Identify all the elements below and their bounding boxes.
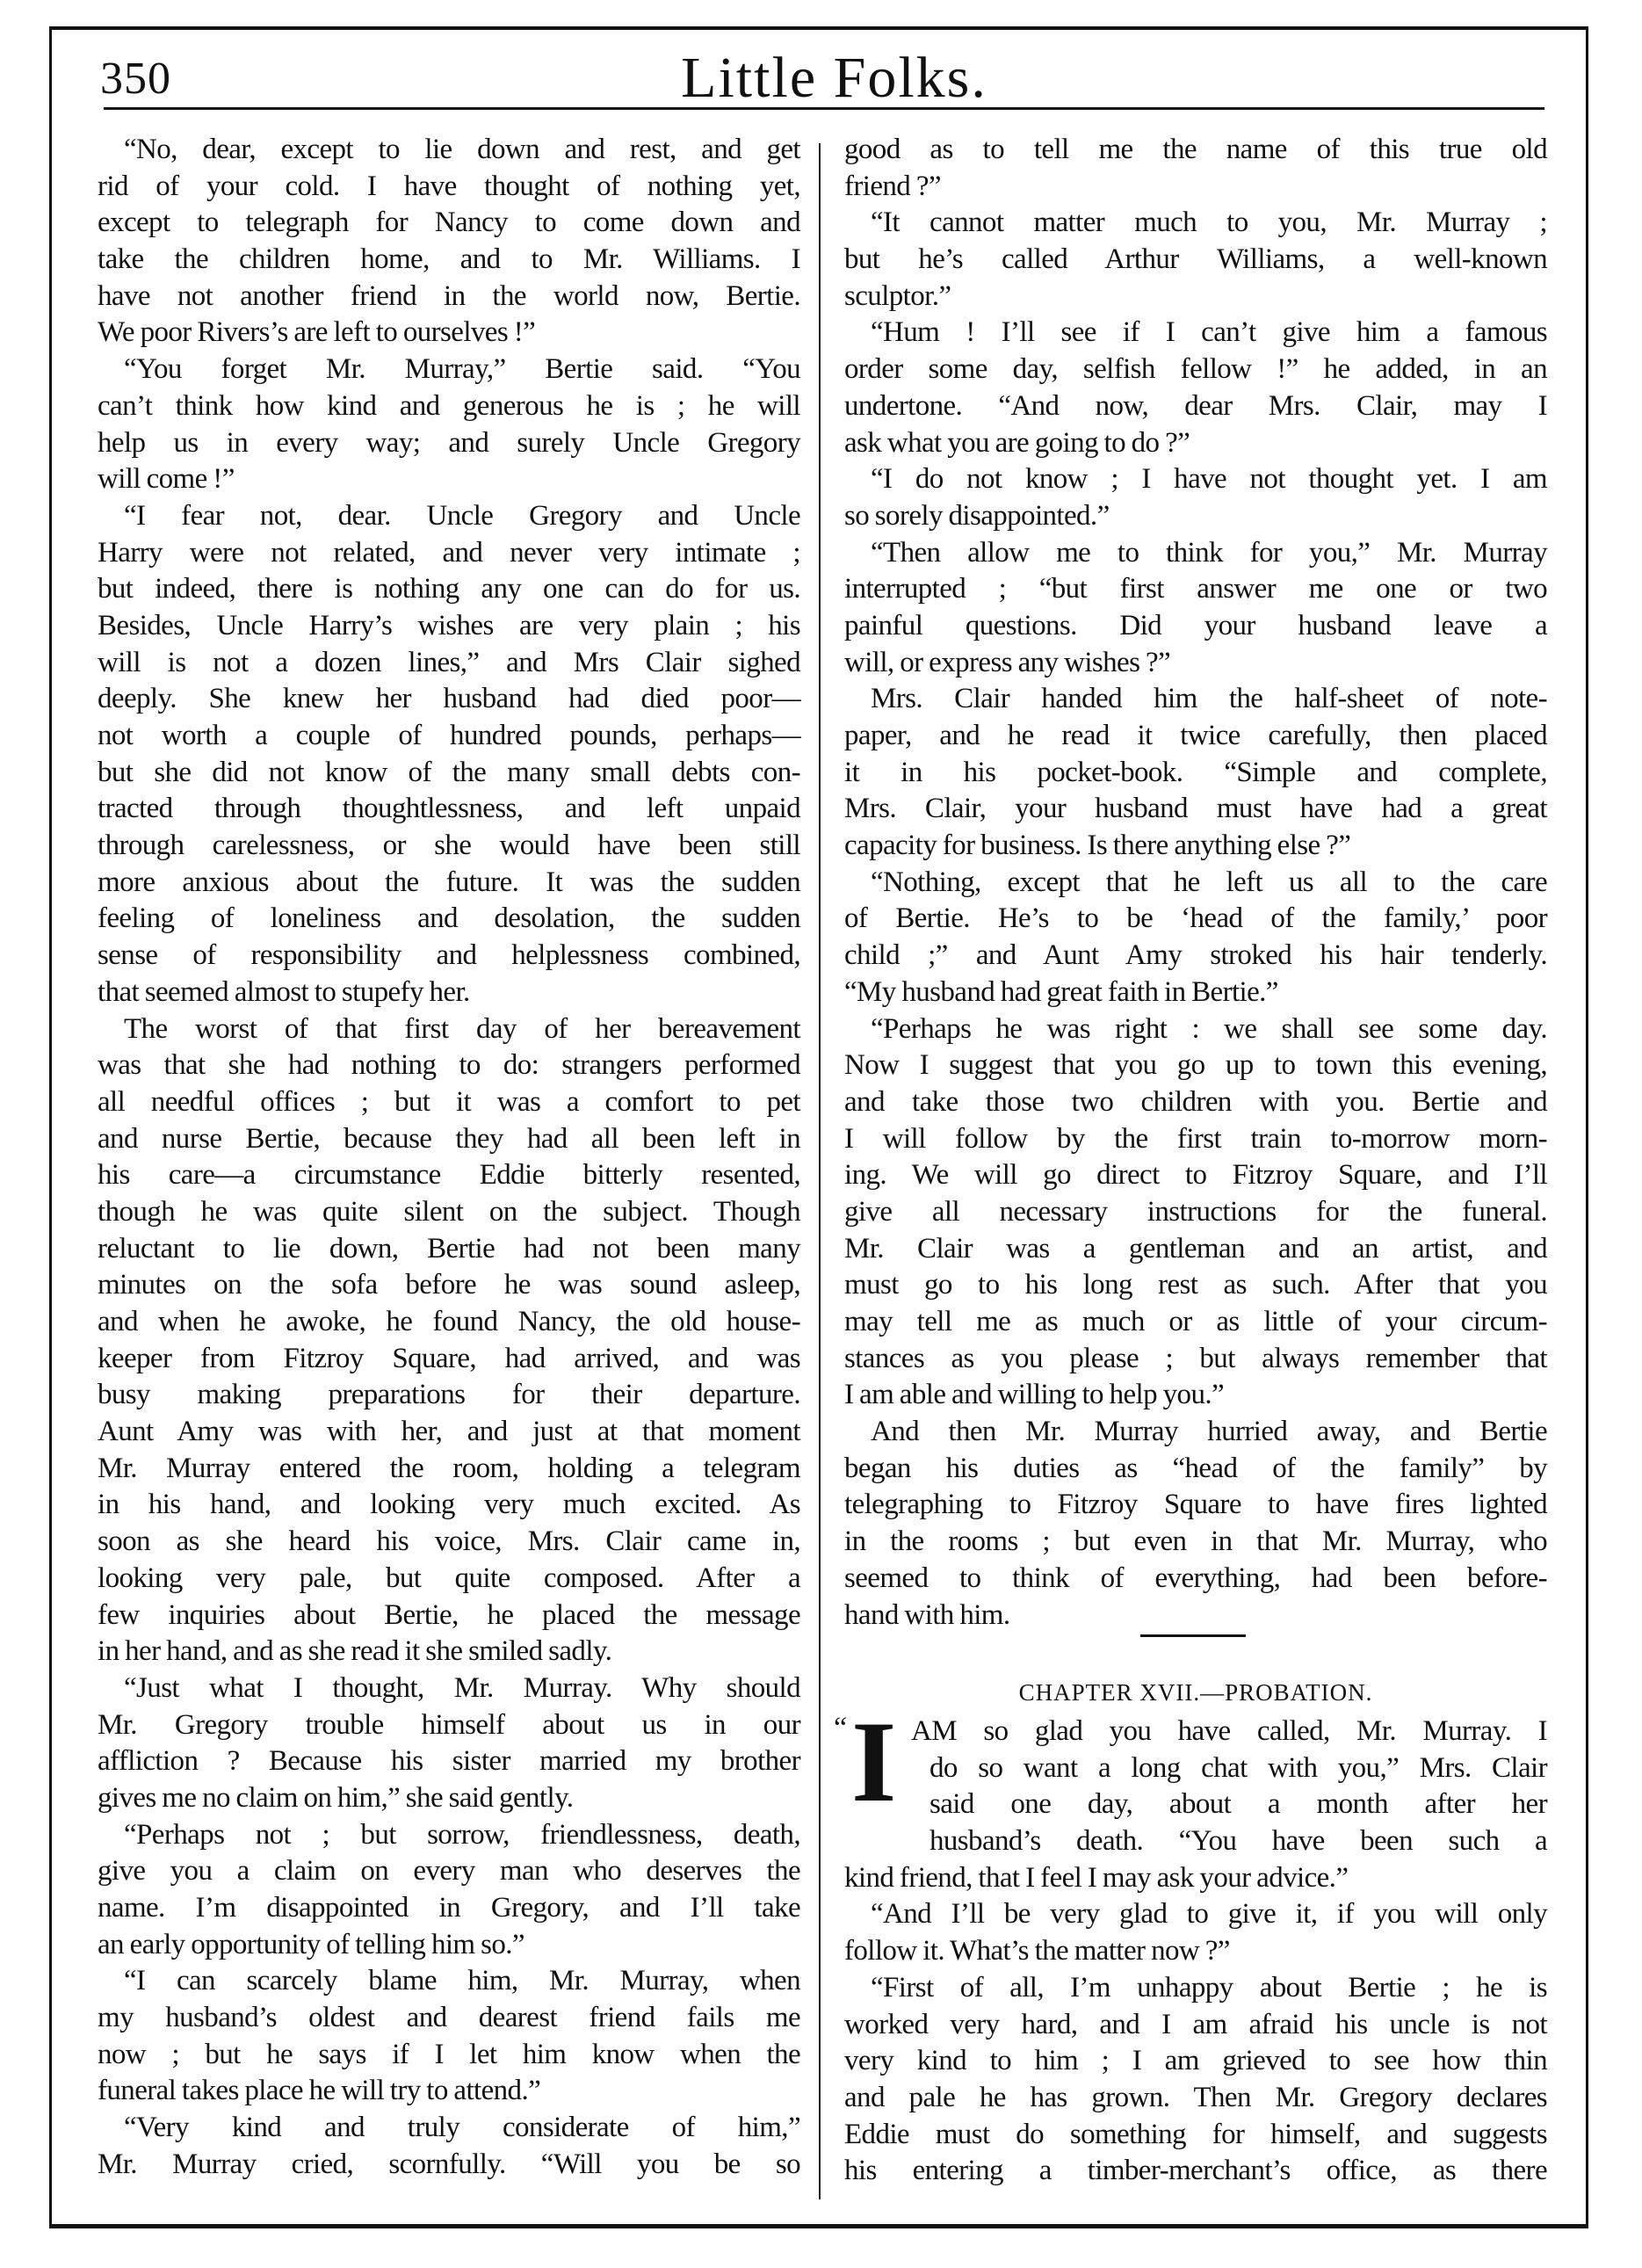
text-line: The worst of that first day of her berea… (98, 1011, 800, 1048)
text-line: ing. We will go direct to Fitzroy Square… (844, 1157, 1547, 1194)
text-line: Now I suggest that you go up to town thi… (844, 1047, 1547, 1084)
text-line: but he’s called Arthur Williams, a well-… (844, 242, 1547, 279)
text-line: order some day, selfish fellow !” he add… (844, 351, 1547, 388)
text-line: And then Mr. Murray hurried away, and Be… (844, 1414, 1547, 1451)
text-line: “I fear not, dear. Uncle Gregory and Unc… (98, 498, 800, 535)
text-line: I will follow by the first train to-morr… (844, 1121, 1547, 1158)
text-line: help us in every way; and surely Uncle G… (98, 425, 800, 462)
text-line: “It cannot matter much to you, Mr. Murra… (844, 205, 1547, 242)
text-line: gives me no claim on him,” she said gent… (98, 1780, 800, 1817)
text-line: will, or express any wishes ?” (844, 645, 1547, 682)
header-rule (104, 107, 1544, 110)
section-separator-rule (1140, 1634, 1246, 1637)
text-line: undertone. “And now, dear Mrs. Clair, ma… (844, 388, 1547, 425)
text-line: will come !” (98, 461, 800, 498)
text-line: and when he awoke, he found Nancy, the o… (98, 1304, 800, 1341)
text-line: “Perhaps not ; but sorrow, friendlessnes… (98, 1817, 800, 1854)
text-line: more anxious about the future. It was th… (98, 865, 800, 902)
drop-cap-letter: I (851, 1714, 896, 1810)
text-line: except to telegraph for Nancy to come do… (98, 205, 800, 242)
text-line: sense of responsibility and helplessness… (98, 938, 800, 975)
text-line: reluctant to lie down, Bertie had not be… (98, 1231, 800, 1268)
text-line: “You forget Mr. Murray,” Bertie said. “Y… (98, 351, 800, 388)
text-line: follow it. What’s the matter now ?” (844, 1933, 1547, 1970)
text-line: take the children home, and to Mr. Willi… (98, 242, 800, 279)
text-line: worked very hard, and I am afraid his un… (844, 2007, 1547, 2044)
text-line: busy making preparations for their depar… (98, 1377, 800, 1414)
text-line: Aunt Amy was with her, and just at that … (98, 1414, 800, 1451)
text-line: name. I’m disappointed in Gregory, and I… (98, 1890, 800, 1927)
text-line: “My husband had great faith in Bertie.” (844, 975, 1547, 1011)
text-line: Besides, Uncle Harry’s wishes are very p… (98, 608, 800, 645)
text-line: “First of all, I’m unhappy about Bertie … (844, 1970, 1547, 2007)
text-line: give you a claim on every man who deserv… (98, 1853, 800, 1890)
text-line: can’t think how kind and generous he is … (98, 388, 800, 425)
text-line: now ; but he says if I let him know when… (98, 2037, 800, 2074)
text-line: Mr. Gregory trouble himself about us in … (98, 1707, 800, 1744)
text-line: but she did not know of the many small d… (98, 755, 800, 792)
text-line: my husband’s oldest and dearest friend f… (98, 2000, 800, 2037)
text-line: “I can scarcely blame him, Mr. Murray, w… (98, 1963, 800, 2000)
text-line: “And I’ll be very glad to give it, if yo… (844, 1896, 1547, 1933)
text-line: kind friend, that I feel I may ask your … (844, 1860, 1547, 1897)
text-line: his entering a timber-merchant’s office,… (844, 2153, 1547, 2190)
text-line: may tell me as much or as little of your… (844, 1304, 1547, 1341)
text-line: said one day, about a month after her (844, 1786, 1547, 1823)
text-line: Mrs. Clair handed him the half-sheet of … (844, 681, 1547, 718)
text-line: so sorely disappointed.” (844, 498, 1547, 535)
text-line: have not another friend in the world now… (98, 279, 800, 315)
text-line: Mr. Murray entered the room, holding a t… (98, 1451, 800, 1488)
text-line: friend ?” (844, 169, 1547, 206)
text-line: his care—a circumstance Eddie bitterly r… (98, 1157, 800, 1194)
text-line: must go to his long rest as such. After … (844, 1267, 1547, 1304)
text-line: child ;” and Aunt Amy stroked his hair t… (844, 938, 1547, 975)
text-line: funeral takes place he will try to atten… (98, 2073, 800, 2110)
text-line: not worth a couple of hundred pounds, pe… (98, 718, 800, 755)
text-line: affliction ? Because his sister married … (98, 1743, 800, 1780)
text-line: deeply. She knew her husband had died po… (98, 681, 800, 718)
text-line: and take those two children with you. Be… (844, 1084, 1547, 1121)
text-line: “I do not know ; I have not thought yet.… (844, 461, 1547, 498)
text-line: paper, and he read it twice carefully, t… (844, 718, 1547, 755)
text-line: “Just what I thought, Mr. Murray. Why sh… (98, 1670, 800, 1707)
drop-cap-quote: “ (834, 1714, 847, 1743)
text-line: good as to tell me the name of this true… (844, 132, 1547, 169)
text-line: “Perhaps he was right : we shall see som… (844, 1011, 1547, 1048)
text-line: soon as she heard his voice, Mrs. Clair … (98, 1524, 800, 1561)
text-line: tracted through thoughtlessness, and lef… (98, 791, 800, 828)
text-line: all needful offices ; but it was a comfo… (98, 1084, 800, 1121)
text-line: though he was quite silent on the subjec… (98, 1194, 800, 1231)
right-column: good as to tell me the name of this true… (844, 132, 1547, 1634)
text-line: Eddie must do something for himself, and… (844, 2117, 1547, 2154)
text-line: through carelessness, or she would have … (98, 828, 800, 865)
text-line: sculptor.” (844, 279, 1547, 315)
text-line: keeper from Fitzroy Square, had arrived,… (98, 1341, 800, 1378)
text-line: and nurse Bertie, because they had all b… (98, 1121, 800, 1158)
text-line: minutes on the sofa before he was sound … (98, 1267, 800, 1304)
text-line: feeling of loneliness and desolation, th… (98, 901, 800, 938)
text-line: began his duties as “head of the family”… (844, 1451, 1547, 1488)
text-line: it in his pocket-book. “Simple and compl… (844, 755, 1547, 792)
text-line: “Very kind and truly considerate of him,… (98, 2110, 800, 2147)
chapter-opening: “ I AM so glad you have called, Mr. Murr… (844, 1714, 1547, 2190)
text-line: We poor Rivers’s are left to ourselves !… (98, 315, 800, 351)
text-line: I am able and willing to help you.” (844, 1377, 1547, 1414)
text-line: give all necessary instructions for the … (844, 1194, 1547, 1231)
text-line: interrupted ; “but first answer me one o… (844, 571, 1547, 608)
text-line: do so want a long chat with you,” Mrs. C… (844, 1750, 1547, 1787)
text-line: in the rooms ; but even in that Mr. Murr… (844, 1524, 1547, 1561)
text-line: will is not a dozen lines,” and Mrs Clai… (98, 645, 800, 682)
text-line: Mr. Murray cried, scornfully. “Will you … (98, 2147, 800, 2184)
running-title: Little Folks. (0, 47, 1642, 109)
text-line: “Nothing, except that he left us all to … (844, 865, 1547, 902)
text-line: in his hand, and looking very much excit… (98, 1487, 800, 1524)
chapter-heading: CHAPTER XVII.—PROBATION. (844, 1677, 1547, 1708)
text-line: ask what you are going to do ?” (844, 425, 1547, 462)
text-line: Mrs. Clair, your husband must have had a… (844, 791, 1547, 828)
text-line: very kind to him ; I am grieved to see h… (844, 2043, 1547, 2080)
text-line: “No, dear, except to lie down and rest, … (98, 132, 800, 169)
text-line: of Bertie. He’s to be ‘head of the famil… (844, 901, 1547, 938)
text-line: in her hand, and as she read it she smil… (98, 1634, 800, 1670)
text-line: was that she had nothing to do: stranger… (98, 1047, 800, 1084)
left-column: “No, dear, except to lie down and rest, … (98, 132, 800, 2184)
text-line: “Then allow me to think for you,” Mr. Mu… (844, 535, 1547, 572)
text-line: AM so glad you have called, Mr. Murray. … (844, 1714, 1547, 1750)
text-line: hand with him. (844, 1598, 1547, 1634)
text-line: and pale he has grown. Then Mr. Gregory … (844, 2080, 1547, 2117)
text-line: “Hum ! I’ll see if I can’t give him a fa… (844, 315, 1547, 351)
text-line: painful questions. Did your husband leav… (844, 608, 1547, 645)
text-line: that seemed almost to stupefy her. (98, 975, 800, 1011)
column-divider (819, 143, 821, 2199)
text-line: stances as you please ; but always remem… (844, 1341, 1547, 1378)
text-line: Harry were not related, and never very i… (98, 535, 800, 572)
text-line: capacity for business. Is there anything… (844, 828, 1547, 865)
text-line: Mr. Clair was a gentleman and an artist,… (844, 1231, 1547, 1268)
text-line: telegraphing to Fitzroy Square to have f… (844, 1487, 1547, 1524)
text-line: husband’s death. “You have been such a (844, 1823, 1547, 1860)
text-line: seemed to think of everything, had been … (844, 1561, 1547, 1598)
text-line: looking very pale, but quite composed. A… (98, 1561, 800, 1598)
text-line: but indeed, there is nothing any one can… (98, 571, 800, 608)
text-line: few inquiries about Bertie, he placed th… (98, 1598, 800, 1634)
text-line: rid of your cold. I have thought of noth… (98, 169, 800, 206)
text-line: an early opportunity of telling him so.” (98, 1927, 800, 1964)
